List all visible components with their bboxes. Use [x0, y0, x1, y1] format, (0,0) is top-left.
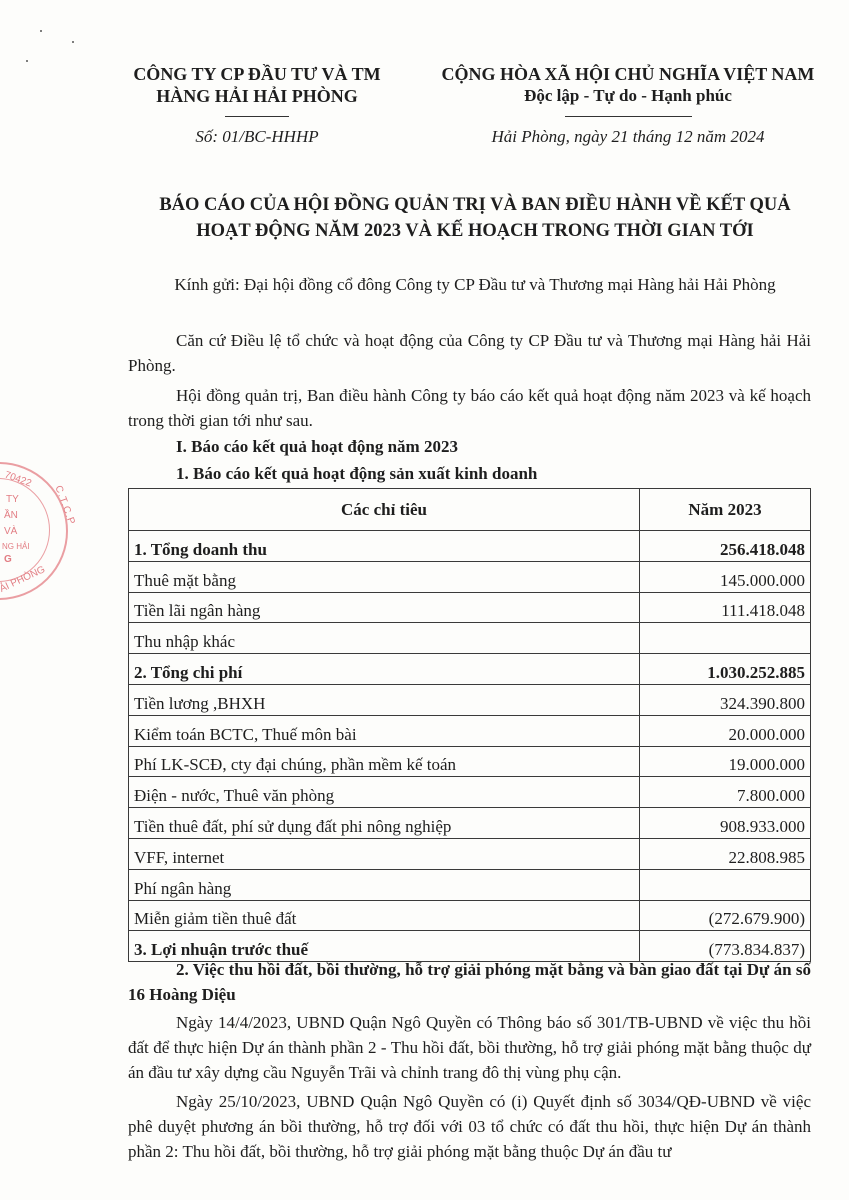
row-value: 22.808.985	[640, 838, 811, 869]
table-row: Tiền lương ,BHXH324.390.800	[129, 684, 811, 715]
row-value: (272.679.900)	[640, 900, 811, 931]
table-row: 1. Tổng doanh thu256.418.048	[129, 531, 811, 562]
header-left-underline	[225, 116, 289, 117]
table-row: Tiền thuê đất, phí sử dụng đất phi nông …	[129, 808, 811, 839]
row-value	[640, 869, 811, 900]
stamp-text: NG HẢI	[2, 542, 30, 551]
stamp-text: ẦN	[4, 510, 18, 521]
section-heading-2: 2. Việc thu hồi đất, bồi thường, hỗ trợ …	[128, 957, 811, 1007]
nation-motto: Độc lập - Tự do - Hạnh phúc	[418, 85, 838, 107]
row-value: 324.390.800	[640, 684, 811, 715]
row-label: 2. Tổng chi phí	[129, 654, 640, 685]
business-results-table: Các chỉ tiêu Năm 2023 1. Tổng doanh thu2…	[128, 488, 811, 962]
row-value: 908.933.000	[640, 808, 811, 839]
table-row: Miễn giảm tiền thuê đất(272.679.900)	[129, 900, 811, 931]
addressee: Kính gửi: Đại hội đồng cổ đông Công ty C…	[110, 275, 840, 295]
row-label: 1. Tổng doanh thu	[129, 531, 640, 562]
table-row: Thuê mặt bằng145.000.000	[129, 561, 811, 592]
column-header-indicators: Các chỉ tiêu	[129, 489, 640, 531]
stamp-text: G	[4, 554, 12, 565]
table-row: Kiểm toán BCTC, Thuế môn bài20.000.000	[129, 715, 811, 746]
intro-paragraph-2: Hội đồng quản trị, Ban điều hành Công ty…	[128, 383, 811, 433]
nation-title: CỘNG HÒA XÃ HỘI CHỦ NGHĨA VIỆT NAM	[418, 63, 838, 85]
row-label: Kiểm toán BCTC, Thuế môn bài	[129, 715, 640, 746]
place-date: Hải Phòng, ngày 21 tháng 12 năm 2024	[418, 127, 838, 147]
row-label: Thu nhập khác	[129, 623, 640, 654]
document-number: Số: 01/BC-HHHP	[112, 127, 402, 147]
row-value: 20.000.000	[640, 715, 811, 746]
row-value	[640, 623, 811, 654]
table-row: 2. Tổng chi phí1.030.252.885	[129, 654, 811, 685]
row-label: Phí ngân hàng	[129, 869, 640, 900]
table-row: Điện - nước, Thuê văn phòng7.800.000	[129, 777, 811, 808]
row-label: Miễn giảm tiền thuê đất	[129, 900, 640, 931]
table-row: Phí LK-SCĐ, cty đại chúng, phần mềm kế t…	[129, 746, 811, 777]
row-value: 111.418.048	[640, 592, 811, 623]
row-label: Thuê mặt bằng	[129, 561, 640, 592]
table-row: Thu nhập khác	[129, 623, 811, 654]
section-heading-1: 1. Báo cáo kết quả hoạt động sản xuất ki…	[176, 464, 537, 484]
column-header-year: Năm 2023	[640, 489, 811, 531]
scan-speck	[26, 60, 28, 62]
company-name-line2: HÀNG HẢI HẢI PHÒNG	[112, 85, 402, 107]
nation-header: CỘNG HÒA XÃ HỘI CHỦ NGHĨA VIỆT NAM Độc l…	[418, 63, 838, 107]
row-label: Tiền thuê đất, phí sử dụng đất phi nông …	[129, 808, 640, 839]
scan-speck	[40, 30, 42, 32]
section-heading-I: I. Báo cáo kết quả hoạt động năm 2023	[176, 437, 458, 457]
row-value: 7.800.000	[640, 777, 811, 808]
row-label: Phí LK-SCĐ, cty đại chúng, phần mềm kế t…	[129, 746, 640, 777]
row-label: Tiền lương ,BHXH	[129, 684, 640, 715]
stamp-text: TY	[6, 494, 19, 505]
row-value: 19.000.000	[640, 746, 811, 777]
table-row: Tiền lãi ngân hàng111.418.048	[129, 592, 811, 623]
section-2-paragraph-2: Ngày 25/10/2023, UBND Quận Ngô Quyền có …	[128, 1089, 811, 1164]
scan-speck	[72, 41, 74, 43]
company-header: CÔNG TY CP ĐẦU TƯ VÀ TM HÀNG HẢI HẢI PHÒ…	[112, 63, 402, 107]
row-value: 256.418.048	[640, 531, 811, 562]
table-row: VFF, internet22.808.985	[129, 838, 811, 869]
row-label: Tiền lãi ngân hàng	[129, 592, 640, 623]
stamp-text: VÀ	[4, 526, 17, 537]
table-header-row: Các chỉ tiêu Năm 2023	[129, 489, 811, 531]
intro-paragraph-1: Căn cứ Điều lệ tổ chức và hoạt động của …	[128, 328, 811, 378]
header-right-underline	[565, 116, 692, 117]
report-title: BÁO CÁO CỦA HỘI ĐỒNG QUẢN TRỊ VÀ BAN ĐIỀ…	[110, 192, 840, 244]
row-label: VFF, internet	[129, 838, 640, 869]
report-title-line2: HOẠT ĐỘNG NĂM 2023 VÀ KẾ HOẠCH TRONG THỜ…	[110, 218, 840, 244]
row-label: Điện - nước, Thuê văn phòng	[129, 777, 640, 808]
row-value: 145.000.000	[640, 561, 811, 592]
table-body: 1. Tổng doanh thu256.418.048Thuê mặt bằn…	[129, 531, 811, 962]
row-value: 1.030.252.885	[640, 654, 811, 685]
section-2-paragraph-1: Ngày 14/4/2023, UBND Quận Ngô Quyền có T…	[128, 1010, 811, 1085]
table-row: Phí ngân hàng	[129, 869, 811, 900]
stamp-text: C.T.C.P	[52, 484, 77, 527]
company-seal-stamp: 70422 C.T.C.P TY ẦN VÀ NG HẢI G ẢI PHÒNG	[0, 462, 68, 600]
company-name-line1: CÔNG TY CP ĐẦU TƯ VÀ TM	[112, 63, 402, 85]
report-title-line1: BÁO CÁO CỦA HỘI ĐỒNG QUẢN TRỊ VÀ BAN ĐIỀ…	[110, 192, 840, 218]
